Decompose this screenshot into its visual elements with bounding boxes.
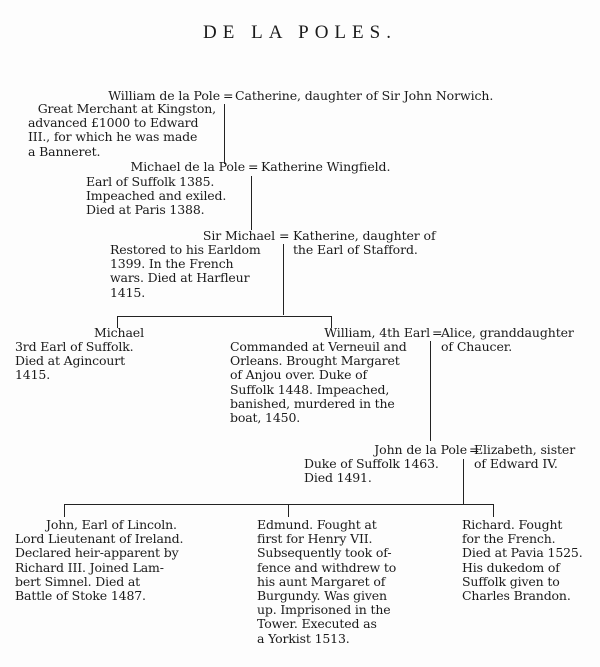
note-line: Burgundy. Was given [257,589,407,603]
note-line: 1415. [15,368,145,382]
note-line: Lord Lieutenant of Ireland. [15,532,200,546]
note-line: John, Earl of Lincoln. [15,518,200,532]
note-line: first for Henry VII. [257,532,407,546]
john-de-la-pole-note: Duke of Suffolk 1463. Died 1491. [304,457,464,485]
note-line: Richard III. Joined Lam- [15,561,200,575]
note-line: Suffolk given to [462,575,590,589]
note-line: up. Imprisoned in the [257,603,407,617]
descent-line [251,176,252,230]
note-line: Tower. Executed as [257,617,407,631]
richard-note: Richard. Fought for the French. Died at … [462,518,590,603]
william-de-la-pole-note: Great Merchant at Kingston, advanced £10… [14,102,216,159]
spouse-line: Katherine, daughter of [293,229,436,243]
william-4th-earl-note: Commanded at Verneuil and Orleans. Broug… [230,340,422,425]
note-line: of Anjou over. Duke of [230,368,422,382]
descent-line [64,504,65,517]
marriage-sign: = [223,89,233,103]
note-line: a Banneret. [14,145,216,159]
note-line: Battle of Stoke 1487. [15,589,200,603]
spouse-line: Elizabeth, sister [474,443,575,457]
sibling-bar [117,316,332,317]
note-line: Edmund. Fought at [257,518,407,532]
spouse-line: of Chaucer. [441,340,574,354]
note-line: Declared heir-apparent by [15,546,200,560]
edmund-note: Edmund. Fought at first for Henry VII. S… [257,518,407,646]
katherine-wingfield-spouse: Katherine Wingfield. [261,160,390,174]
katherine-stafford-spouse: Katherine, daughter of the Earl of Staff… [293,229,436,257]
john-earl-of-lincoln-note: John, Earl of Lincoln. Lord Lieutenant o… [15,518,200,603]
note-line: Charles Brandon. [462,589,590,603]
note-line: Great Merchant at Kingston, [14,102,216,116]
note-line: Richard. Fought [462,518,590,532]
note-line: Duke of Suffolk 1463. [304,457,464,471]
note-line: Died at Paris 1388. [86,203,246,217]
michael-de-la-pole-name: Michael de la Pole [131,160,246,174]
note-line: Suffolk 1448. Impeached, [230,383,422,397]
descent-line [463,459,464,504]
note-line: fence and withdrew to [257,561,407,575]
elizabeth-spouse: Elizabeth, sister of Edward IV. [474,443,575,471]
note-line: Subsequently took of- [257,546,407,560]
note-line: wars. Died at Harfleur [110,271,274,285]
note-line: Commanded at Verneuil and [230,340,422,354]
michael-de-la-pole-note: Earl of Suffolk 1385. Impeached and exil… [86,175,246,218]
michael-3rd-earl-note: 3rd Earl of Suffolk. Died at Agincourt 1… [15,340,145,383]
descent-line [224,104,225,164]
note-line: Impeached and exiled. [86,189,246,203]
spouse-line: Alice, granddaughter [441,326,574,340]
note-line: bert Simnel. Died at [15,575,200,589]
note-line: his aunt Margaret of [257,575,407,589]
spouse-line: the Earl of Stafford. [293,243,436,257]
note-line: boat, 1450. [230,411,422,425]
note-line: a Yorkist 1513. [257,632,407,646]
note-line: Died at Pavia 1525. [462,546,590,560]
spouse-line: of Edward IV. [474,457,575,471]
descent-line [283,244,284,315]
descent-line [288,504,289,517]
note-line: for the French. [462,532,590,546]
marriage-sign: = [279,229,289,243]
catherine-norwich-spouse: Catherine, daughter of Sir John Norwich. [235,89,493,103]
note-line: Earl of Suffolk 1385. [86,175,246,189]
descent-line [493,504,494,517]
sir-michael-note: Restored to his Earldom 1399. In the Fre… [110,243,274,300]
note-line: 1399. In the French [110,257,274,271]
note-line: Restored to his Earldom [110,243,274,257]
note-line: Died 1491. [304,471,464,485]
page-title: DE LA POLES. [0,22,600,44]
note-line: Orleans. Brought Margaret [230,354,422,368]
note-line: advanced £1000 to Edward [14,116,216,130]
note-line: banished, murdered in the [230,397,422,411]
note-line: 3rd Earl of Suffolk. [15,340,145,354]
alice-chaucer-spouse: Alice, granddaughter of Chaucer. [441,326,574,354]
note-line: 1415. [110,286,274,300]
note-line: His dukedom of [462,561,590,575]
sibling-bar [64,504,494,505]
note-line: Died at Agincourt [15,354,145,368]
descent-line [430,341,431,441]
note-line: III., for which he was made [14,130,216,144]
marriage-sign: = [248,160,258,174]
